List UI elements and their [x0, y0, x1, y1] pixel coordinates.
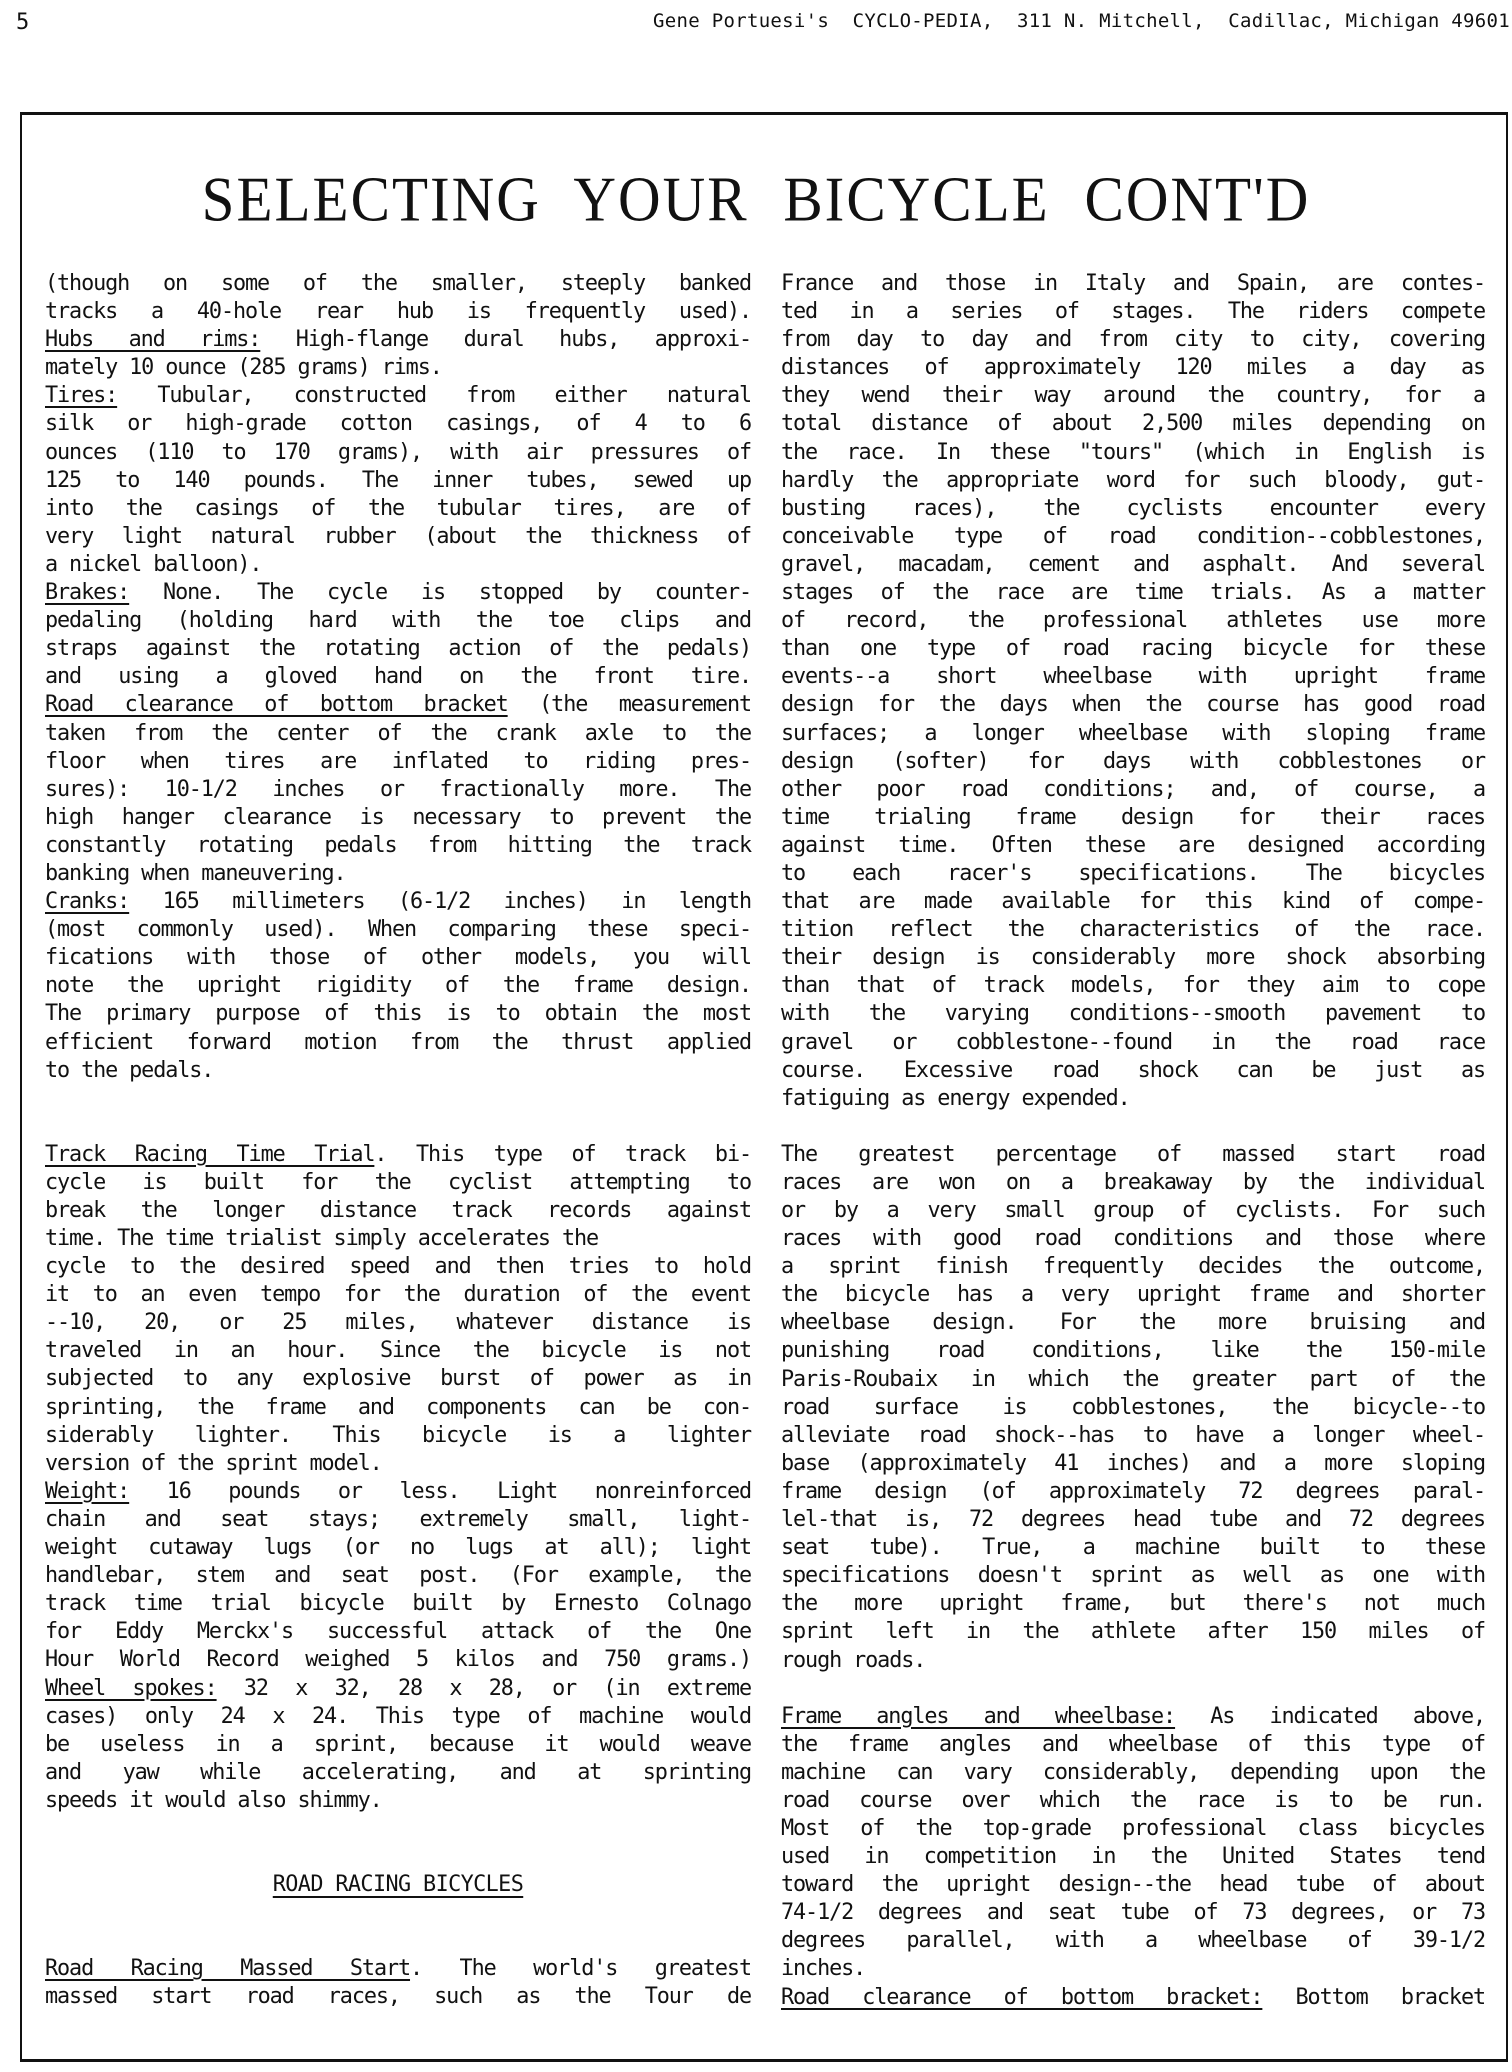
text-line: banking when maneuvering. [45, 860, 751, 888]
frame-angles-spec: Frame angles and wheelbase: As indicated… [781, 1703, 1485, 1984]
text-line: than that of track models, for they aim … [781, 972, 1485, 1000]
text-line: efficient forward motion from the thrust… [45, 1029, 751, 1057]
text-line: busting races), the cyclists encounter e… [781, 495, 1485, 523]
text-line: high hanger clearance is necessary to pr… [45, 804, 751, 832]
text-line: 125 to 140 pounds. The inner tubes, sewe… [45, 467, 751, 495]
text-line: road surface is cobblestones, the bicycl… [781, 1394, 1485, 1422]
text-line: races are won on a breakaway by the indi… [781, 1169, 1485, 1197]
text-line: silk or high-grade cotton casings, of 4 … [45, 410, 751, 438]
text-line: for Eddy Merckx's successful attack of t… [45, 1618, 751, 1646]
text-line: hardly the appropriate word for such blo… [781, 467, 1485, 495]
text-line: with the varying conditions--smooth pave… [781, 1000, 1485, 1028]
clearance-spec: Road clearance of bottom bracket (the me… [45, 691, 751, 888]
text-line: frame design (of approximately 72 degree… [781, 1478, 1485, 1506]
text-line: than one type of road racing bicycle for… [781, 635, 1485, 663]
text-line: (though on some of the smaller, steeply … [45, 270, 751, 298]
text-run: (the measurement [508, 692, 751, 717]
text-line: or by a very small group of cyclists. Fo… [781, 1197, 1485, 1225]
spacer [45, 1899, 751, 1955]
text-line: traveled in an hour. Since the bicycle i… [45, 1337, 751, 1365]
text-line: other poor road conditions; and, of cour… [781, 776, 1485, 804]
text-line: France and those in Italy and Spain, are… [781, 270, 1485, 298]
spec-label-hubs: Hubs and rims: [45, 327, 260, 352]
text-line: siderably lighter. This bicycle is a lig… [45, 1422, 751, 1450]
text-line: fatiguing as energy expended. [781, 1085, 1485, 1113]
text-line: used in competition in the United States… [781, 1843, 1485, 1871]
text-line: track time trial bicycle built by Ernest… [45, 1590, 751, 1618]
text-line: ted in a series of stages. The riders co… [781, 298, 1485, 326]
text-line: (most commonly used). When comparing the… [45, 916, 751, 944]
text-line: the frame angles and wheelbase of this t… [781, 1731, 1485, 1759]
text-line: from day to day and from city to city, c… [781, 326, 1485, 354]
text-run: 16 pounds or less. Light nonreinforced [129, 1479, 751, 1504]
text-line: inches. [781, 1955, 1485, 1983]
text-line: sprinting, the frame and components can … [45, 1394, 751, 1422]
text-run: None. The cycle is stopped by counter- [129, 580, 751, 605]
text-run: Tubular, constructed from either natural [117, 383, 751, 408]
page-title: SELECTING YOUR BICYCLE CONT'D [0, 162, 1512, 237]
spec-label-spokes: Wheel spokes: [45, 1676, 217, 1701]
section-label-massed-start: Road Racing Massed Start [45, 1956, 410, 1981]
text-line: wheelbase design. For the more bruising … [781, 1309, 1485, 1337]
hubs-spec: Hubs and rims: High-flange dural hubs, a… [45, 326, 751, 382]
text-line: sprint left in the athlete after 150 mil… [781, 1618, 1485, 1646]
text-line: chain and seat stays; extremely small, l… [45, 1506, 751, 1534]
section-heading-text: ROAD RACING BICYCLES [273, 1872, 523, 1897]
text-line: rough roads. [781, 1647, 1485, 1675]
text-line: constantly rotating pedals from hitting … [45, 832, 751, 860]
text-line: the more upright frame, but there's not … [781, 1590, 1485, 1618]
text-line: and yaw while accelerating, and at sprin… [45, 1759, 751, 1787]
text-line: it to an even tempo for the duration of … [45, 1281, 751, 1309]
text-line: seat tube). True, a machine built to the… [781, 1534, 1485, 1562]
text-line: and using a gloved hand on the front tir… [45, 663, 751, 691]
text-line: they wend their way around the country, … [781, 382, 1485, 410]
text-line: base (approximately 41 inches) and a mor… [781, 1450, 1485, 1478]
text-line: machine can vary considerably, depending… [781, 1759, 1485, 1787]
text-line: a sprint finish frequently decides the o… [781, 1253, 1485, 1281]
text-line: tition reflect the characteristics of th… [781, 916, 1485, 944]
text-run: 32 x 32, 28 x 28, or (in extreme [217, 1676, 751, 1701]
text-line: Most of the top-grade professional class… [781, 1815, 1485, 1843]
text-line: events--a short wheelbase with upright f… [781, 663, 1485, 691]
text-line: to the pedals. [45, 1057, 751, 1085]
section-heading: ROAD RACING BICYCLES [45, 1871, 751, 1899]
spacer [781, 1113, 1485, 1141]
spec-label-cranks: Cranks: [45, 889, 129, 914]
time-trial-section: Track Racing Time Trial. This type of tr… [45, 1141, 751, 1478]
text-line: version of the sprint model. [45, 1450, 751, 1478]
text-run: . The world's greatest [410, 1956, 751, 1981]
text-line: races with good road conditions and thos… [781, 1225, 1485, 1253]
text-line: into the casings of the tubular tires, a… [45, 495, 751, 523]
text-run: High-flange dural hubs, approxi- [260, 327, 751, 352]
spacer [45, 1815, 751, 1871]
text-line: course. Excessive road shock can be just… [781, 1057, 1485, 1085]
text-line: specifications doesn't sprint as well as… [781, 1562, 1485, 1590]
text-line: degrees parallel, with a wheelbase of 39… [781, 1927, 1485, 1955]
text-line: sures): 10-1/2 inches or fractionally mo… [45, 776, 751, 804]
spokes-spec: Wheel spokes: 32 x 32, 28 x 28, or (in e… [45, 1675, 751, 1815]
text-line: toward the upright design--the head tube… [781, 1871, 1485, 1899]
brakes-spec: Brakes: None. The cycle is stopped by co… [45, 579, 751, 691]
spec-label-frame-angles: Frame angles and wheelbase: [781, 1704, 1175, 1729]
clearance-spec-road: Road clearance of bottom bracket: Bottom… [781, 1984, 1485, 2012]
text-line: gravel or cobblestone--found in the road… [781, 1029, 1485, 1057]
text-line: subjected to any explosive burst of powe… [45, 1365, 751, 1393]
text-line: break the longer distance track records … [45, 1197, 751, 1225]
text-line: cases) only 24 x 24. This type of machin… [45, 1703, 751, 1731]
spec-label-weight: Weight: [45, 1479, 129, 1504]
text-line: a nickel balloon). [45, 551, 751, 579]
text-line: design for the days when the course has … [781, 691, 1485, 719]
text-line: punishing road conditions, like the 150-… [781, 1337, 1485, 1365]
text-line: design (softer) for days with cobbleston… [781, 748, 1485, 776]
text-line: handlebar, stem and seat post. (For exam… [45, 1562, 751, 1590]
tires-spec: Tires: Tubular, constructed from either … [45, 382, 751, 579]
text-line: note the upright rigidity of the frame d… [45, 972, 751, 1000]
running-header: Gene Portuesi's CYCLO-PEDIA, 311 N. Mitc… [653, 10, 1510, 32]
text-line: the bicycle has a very upright frame and… [781, 1281, 1485, 1309]
intro-paragraph: (though on some of the smaller, steeply … [45, 270, 751, 326]
text-run: . This type of track bi- [374, 1142, 751, 1167]
text-line: time. The time trialist simply accelerat… [45, 1225, 751, 1253]
right-column: France and those in Italy and Spain, are… [781, 270, 1485, 2012]
text-line: 74-1/2 degrees and seat tube of 73 degre… [781, 1899, 1485, 1927]
text-line: be useless in a sprint, because it would… [45, 1731, 751, 1759]
paragraph-massed-start-wins: The greatest percentage of massed start … [781, 1141, 1485, 1675]
page-number: 5 [16, 10, 29, 35]
text-line: time trialing frame design for their rac… [781, 804, 1485, 832]
text-line: that are made available for this kind of… [781, 888, 1485, 916]
text-line: tracks a 40-hole rear hub is frequently … [45, 298, 751, 326]
text-line: of record, the professional athletes use… [781, 607, 1485, 635]
text-line: conceivable type of road condition--cobb… [781, 523, 1485, 551]
spec-label-brakes: Brakes: [45, 580, 129, 605]
text-line: ounces (110 to 170 grams), with air pres… [45, 439, 751, 467]
text-run: 165 millimeters (6-1/2 inches) in length [129, 889, 751, 914]
text-line: --10, 20, or 25 miles, whatever distance… [45, 1309, 751, 1337]
text-line: very light natural rubber (about the thi… [45, 523, 751, 551]
text-line: floor when tires are inflated to riding … [45, 748, 751, 776]
text-run: Bottom bracket [1262, 1985, 1485, 2010]
text-line: The primary purpose of this is to obtain… [45, 1000, 751, 1028]
text-line: alleviate road shock--has to have a long… [781, 1422, 1485, 1450]
text-line: mately 10 ounce (285 grams) rims. [45, 354, 751, 382]
text-line: taken from the center of the crank axle … [45, 720, 751, 748]
spacer [45, 1085, 751, 1141]
text-line: fications with those of other models, yo… [45, 944, 751, 972]
text-run: As indicated above, [1175, 1704, 1485, 1729]
paragraph-tours: France and those in Italy and Spain, are… [781, 270, 1485, 1113]
text-line: distances of approximately 120 miles a d… [781, 354, 1485, 382]
text-line: against time. Often these are designed a… [781, 832, 1485, 860]
text-line: to each racer's specifications. The bicy… [781, 860, 1485, 888]
spec-label-tires: Tires: [45, 383, 117, 408]
text-line: gravel, macadam, cement and asphalt. And… [781, 551, 1485, 579]
massed-start-section: Road Racing Massed Start. The world's gr… [45, 1955, 751, 2011]
text-line: weight cutaway lugs (or no lugs at all);… [45, 1534, 751, 1562]
left-column: (though on some of the smaller, steeply … [45, 270, 751, 2011]
text-line: stages of the race are time trials. As a… [781, 579, 1485, 607]
text-line: the race. In these "tours" (which in Eng… [781, 439, 1485, 467]
spec-label-clearance-road: Road clearance of bottom bracket: [781, 1985, 1262, 2010]
text-line: pedaling (holding hard with the toe clip… [45, 607, 751, 635]
text-line: Hour World Record weighed 5 kilos and 75… [45, 1646, 751, 1674]
text-line: speeds it would also shimmy. [45, 1787, 751, 1815]
text-line: their design is considerably more shock … [781, 944, 1485, 972]
text-line: road course over which the race is to be… [781, 1787, 1485, 1815]
text-line: surfaces; a longer wheelbase with slopin… [781, 720, 1485, 748]
text-line: The greatest percentage of massed start … [781, 1141, 1485, 1169]
text-line: total distance of about 2,500 miles depe… [781, 410, 1485, 438]
spec-label-clearance: Road clearance of bottom bracket [45, 692, 508, 717]
text-line: Paris-Roubaix in which the greater part … [781, 1366, 1485, 1394]
section-label-time-trial: Track Racing Time Trial [45, 1142, 374, 1167]
spacer [781, 1675, 1485, 1703]
cranks-spec: Cranks: 165 millimeters (6-1/2 inches) i… [45, 888, 751, 1085]
text-line: massed start road races, such as the Tou… [45, 1983, 751, 2011]
text-line: lel-that is, 72 degrees head tube and 72… [781, 1506, 1485, 1534]
weight-spec: Weight: 16 pounds or less. Light nonrein… [45, 1478, 751, 1675]
text-line: cycle is built for the cyclist attemptin… [45, 1169, 751, 1197]
text-line: cycle to the desired speed and then trie… [45, 1253, 751, 1281]
text-line: straps against the rotating action of th… [45, 635, 751, 663]
